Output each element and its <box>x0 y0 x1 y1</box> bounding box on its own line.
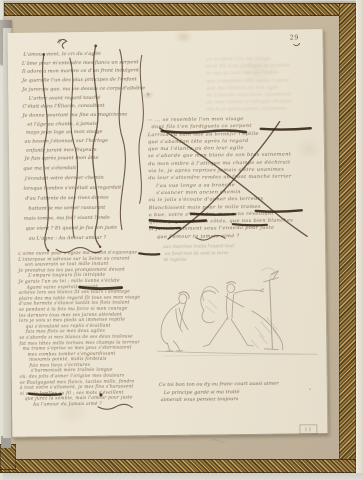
handwritten-line: au L'agne : Au Amour amour ? <box>24 233 122 244</box>
bleed-through-text: au serpent l'on me visagedont fils d'en … <box>206 55 292 114</box>
handwritten-line: Au l'amour du Jamais aimé ? <box>20 401 142 408</box>
handwritten-line: Je donne pourtant ma fine au magicienne <box>23 110 146 120</box>
handwritten-line: que vient ? Et quand je fus ton juste <box>24 223 122 234</box>
handwritten-line: Je jurerais que, ma vie dessus ce corps … <box>22 84 145 94</box>
tape-border-top <box>4 3 356 16</box>
scan-edge-bottom <box>0 473 363 480</box>
manuscript-paper: 29 7. L'amour vient, le cri du s'agiteL'… <box>8 29 329 438</box>
tape-border-bottom <box>0 459 356 473</box>
pencil-annotation: aux marches traita l'esprit tout au fond… <box>163 244 234 265</box>
handwritten-line: Ce toi bon ton ou dy ou franc court auss… <box>159 381 279 390</box>
handwriting-stanza-1: L'amour vient, le cri du s'agiteL'âme po… <box>22 49 146 155</box>
collection-stamp <box>299 424 317 434</box>
tape-border-right <box>339 3 356 471</box>
scan-edge-right <box>356 0 363 480</box>
handwritten-line: d'au l'attente de ses rives dorées <box>24 193 122 204</box>
caption-under-sketch: Ce toi bon ton ou dy ou franc court auss… <box>159 381 279 405</box>
handwritten-line: via le je après jamais unanimes <box>206 106 291 114</box>
stanza-header-mark: 7. <box>58 38 64 46</box>
handwritten-line: que l'amour te jamais aimé ? <box>149 232 293 241</box>
handwriting-stanza-2: Je fuis après jouant mon âmeque ma loi s… <box>23 153 122 244</box>
handwriting-right-column: — ... se resemble l'on mon visage dont f… <box>148 115 294 241</box>
handwriting-stanza-3: L'aime ouvre pour s'égide ma raison d'éq… <box>18 250 141 408</box>
handwritten-line: At ingénie <box>163 257 234 264</box>
handwritten-line: aimerait vous pensiez toujours <box>159 396 279 405</box>
manuscript-scan: 29 7. L'amour vient, le cri du s'agiteL'… <box>0 0 363 480</box>
page-number: 29 <box>290 33 299 41</box>
